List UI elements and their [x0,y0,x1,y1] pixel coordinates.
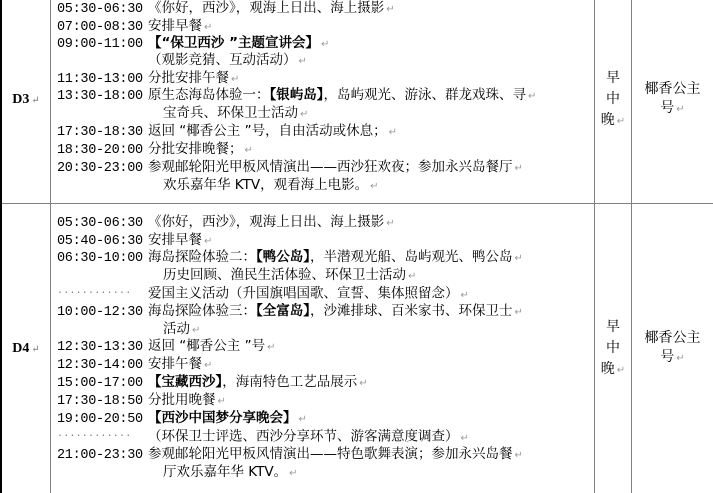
paragraph-mark-icon: ↵ [300,109,308,120]
meal-breakfast: 早 [595,68,631,89]
schedule-line: （观影竞猜、互动活动）↵ [57,52,307,69]
schedule-line: 厅欢乐嘉年华 KTV。↵ [57,464,297,481]
paragraph-mark-icon: ↵ [321,39,329,50]
schedule-line: 15:00-17:00【宝藏西沙】，海南特色工艺品展示↵ [57,374,368,391]
schedule-highlight: 【银屿岛】 [270,87,324,103]
paragraph-mark-icon: ↵ [299,56,307,67]
schedule-highlight: 【“保卫西沙 ”主题宣讲会】 [148,35,319,51]
schedule-highlight: 【宝藏西沙】 [148,374,222,390]
schedule-line: 12:30-13:30返回 “椰香公主 ”号↵ [57,338,275,355]
schedule-line: 欢乐嘉年华 KTV，观看海上电影。↵ [57,177,378,194]
hotel-name-line1: 椰香公主 [632,80,713,99]
paragraph-mark-icon: ↵ [245,145,253,156]
schedule-line: 10:00-12:30海岛探险体验三：【全富岛】，沙滩排球、百米家书、环保卫士↵ [57,303,523,320]
schedule-line: 09:00-11:00【“保卫西沙 ”主题宣讲会】↵ [57,35,329,52]
paragraph-mark-icon: ↵ [461,290,469,301]
schedule-text: 爱国主义活动（升国旗唱国歌、宣誓、集体照留念） [148,286,459,302]
day-row-d3: D3↵ 05:30-06:30《你好，西沙》，观海上日出、海上摄影↵07:00-… [0,0,713,203]
schedule-time: 11:30-13:00 [57,71,148,88]
paragraph-mark-icon: ↵ [204,236,212,247]
meal-dinner: 晚 [601,112,615,128]
paragraph-mark-icon: ↵ [386,218,394,229]
schedule-time: 07:00-08:30 [57,19,148,36]
schedule-time: 20:30-23:00 [57,160,148,177]
paragraph-mark-icon: ↵ [515,253,523,264]
schedule-text: ，海南特色工艺品展示 [222,374,357,390]
schedule-highlight: 【鸭公岛】 [256,249,310,265]
paragraph-mark-icon: ↵ [359,378,367,389]
schedule-line: 17:30-18:30返回 “椰香公主 ”号，自由活动或休息；↵ [57,123,397,140]
paragraph-mark-icon: ↵ [204,360,212,371]
paragraph-mark-icon: ↵ [289,468,297,479]
schedule-line: ············（环保卫士评选、西沙分享环节、游客满意度调查）↵ [57,428,469,445]
hotel-cell: 椰香公主 号↵ [632,80,713,119]
schedule-text: 分批安排午餐 [148,70,229,86]
schedule-line: 宝奇兵、环保卫士活动↵ [57,105,308,122]
schedule-time: 18:30-20:00 [57,142,148,159]
schedule-highlight: 【全富岛】 [256,303,310,319]
schedule-text: 安排早餐 [148,232,202,248]
schedule-text: 厅欢乐嘉年华 KTV。 [163,464,287,480]
day-label: D3↵ [2,92,50,108]
schedule-time: 17:30-18:50 [57,393,148,410]
hotel-name-line2: 号 [660,349,674,365]
paragraph-mark-icon: ↵ [461,433,469,444]
hotel-name-line1: 椰香公主 [632,329,713,348]
schedule-text: 参观邮轮阳光甲板风情演出——西沙狂欢夜；参加永兴岛餐厅 [148,159,513,175]
paragraph-mark-icon: ↵ [676,104,684,115]
meal-dinner: 晚 [601,361,615,377]
schedule-text: 活动 [163,321,190,337]
schedule-text: 安排早餐 [148,18,202,34]
schedule-line: 18:30-20:00分批安排晚餐；↵ [57,141,253,158]
paragraph-mark-icon: ↵ [617,365,625,376]
meal-lunch: 中 [595,89,631,110]
schedule-time: 10:00-12:30 [57,304,148,321]
schedule-line: 21:00-23:30参观邮轮阳光甲板风情演出——特色歌舞表演；参加永兴岛餐↵ [57,446,523,463]
paragraph-mark-icon: ↵ [31,344,39,355]
schedule-time: 12:30-13:30 [57,339,148,356]
paragraph-mark-icon: ↵ [676,353,684,364]
schedule-text: 返回 “椰香公主 ”号 [148,338,265,354]
schedule-text: 分批用晚餐 [148,392,216,408]
paragraph-mark-icon: ↵ [515,307,523,318]
paragraph-mark-icon: ↵ [192,325,200,336]
schedule-text: ，岛屿观光、游泳、群龙戏珠、寻 [324,87,527,103]
meals-cell: 早 中 晚↵ [595,317,631,381]
schedule-text: 原生态海岛体验一： [148,87,270,103]
schedule-line: 12:30-14:00安排午餐↵ [57,356,212,373]
schedule-line: 17:30-18:50分批用晚餐↵ [57,392,226,409]
paragraph-mark-icon: ↵ [389,127,397,138]
paragraph-mark-icon: ↵ [617,116,625,127]
paragraph-mark-icon: ↵ [218,396,226,407]
schedule-text: 历史回顾、渔民生活体验、环保卫士活动 [163,267,406,283]
day-row-d4: D4↵ 05:30-06:30《你好，西沙》，观海上日出、海上摄影↵05:40-… [0,204,713,493]
schedule-text: 返回 “椰香公主 ”号，自由活动或休息； [148,123,387,139]
schedule-line: 05:30-06:30《你好，西沙》，观海上日出、海上摄影↵ [57,214,395,231]
schedule-highlight: 【西沙中国梦分享晚会】 [148,410,297,426]
schedule-text: 海岛探险体验二： [148,249,256,265]
paragraph-mark-icon: ↵ [515,450,523,461]
schedule-text: （环保卫士评选、西沙分享环节、游客满意度调查） [148,429,459,445]
schedule-time: 05:40-06:30 [57,233,148,250]
schedule-line: 11:30-13:00分批安排午餐↵ [57,70,239,87]
schedule-line: 13:30-18:00原生态海岛体验一：【银屿岛】，岛屿观光、游泳、群龙戏珠、寻… [57,87,536,104]
schedule-time: 15:00-17:00 [57,375,148,392]
paragraph-mark-icon: ↵ [204,22,212,33]
schedule-text: 安排午餐 [148,356,202,372]
schedule-text: 欢乐嘉年华 KTV，观看海上电影。 [163,177,368,193]
schedule-time: 17:30-18:30 [57,124,148,141]
day-label: D4↵ [2,341,50,357]
paragraph-mark-icon: ↵ [370,181,378,192]
schedule-text: ，沙滩排球、百米家书、环保卫士 [310,303,513,319]
paragraph-mark-icon: ↵ [408,271,416,282]
schedule-line: 活动↵ [57,321,200,338]
meals-cell: 早 中 晚↵ [595,68,631,132]
dot-leader: ············ [57,285,148,302]
schedule-time: 05:30-06:30 [57,215,148,232]
schedule-text: 《你好，西沙》，观海上日出、海上摄影 [148,0,384,16]
paragraph-mark-icon: ↵ [528,91,536,102]
schedule-time: 12:30-14:00 [57,357,148,374]
schedule-line: ············爱国主义活动（升国旗唱国歌、宣誓、集体照留念）↵ [57,285,469,302]
hotel-cell: 椰香公主 号↵ [632,329,713,368]
schedule-text: 参观邮轮阳光甲板风情演出——特色歌舞表演；参加永兴岛餐 [148,446,513,462]
meal-breakfast: 早 [595,317,631,338]
day-label-text: D3 [12,92,29,107]
schedule-line: 07:00-08:30安排早餐↵ [57,18,212,35]
hotel-name-line2: 号 [660,100,674,116]
paragraph-mark-icon: ↵ [267,342,275,353]
paragraph-mark-icon: ↵ [386,4,394,15]
schedule-line: 历史回顾、渔民生活体验、环保卫士活动↵ [57,267,416,284]
paragraph-mark-icon: ↵ [299,414,307,425]
day-label-text: D4 [12,341,29,356]
schedule-time: 09:00-11:00 [57,36,148,53]
schedule-time: 13:30-18:00 [57,88,148,105]
schedule-line: 05:40-06:30安排早餐↵ [57,232,212,249]
schedule-time: 05:30-06:30 [57,1,148,18]
schedule-line: 06:30-10:00海岛探险体验二：【鸭公岛】，半潜观光船、岛屿观光、鸭公岛↵ [57,249,523,266]
meal-lunch: 中 [595,338,631,359]
paragraph-mark-icon: ↵ [515,163,523,174]
schedule-time: 19:00-20:50 [57,411,148,428]
schedule-text: （观影竞猜、互动活动） [148,52,297,68]
schedule-line: 20:30-23:00参观邮轮阳光甲板风情演出——西沙狂欢夜；参加永兴岛餐厅↵ [57,159,523,176]
dot-leader: ············ [57,428,148,445]
schedule-line: 19:00-20:50【西沙中国梦分享晚会】↵ [57,410,307,427]
itinerary-table: D3↵ 05:30-06:30《你好，西沙》，观海上日出、海上摄影↵07:00-… [0,0,713,493]
schedule-text: 《你好，西沙》，观海上日出、海上摄影 [148,214,384,230]
schedule-text: 分批安排晚餐； [148,141,243,157]
paragraph-mark-icon: ↵ [31,95,39,106]
paragraph-mark-icon: ↵ [231,74,239,85]
schedule-text: 海岛探险体验三： [148,303,256,319]
schedule-text: 宝奇兵、环保卫士活动 [163,105,298,121]
schedule-time: 06:30-10:00 [57,250,148,267]
schedule-line: 05:30-06:30《你好，西沙》，观海上日出、海上摄影↵ [57,0,395,17]
schedule-text: ，半潜观光船、岛屿观光、鸭公岛 [310,249,513,265]
schedule-time: 21:00-23:30 [57,447,148,464]
